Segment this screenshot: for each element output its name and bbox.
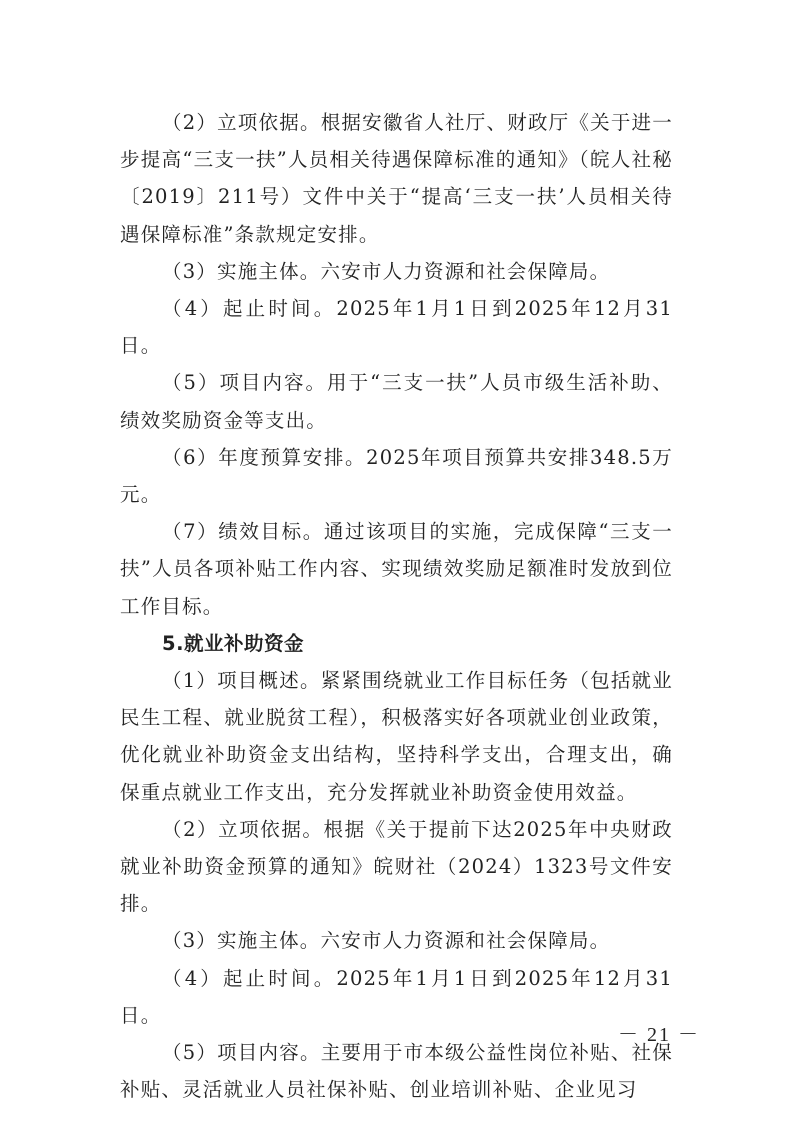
paragraph-content-2: （5）项目内容。主要用于市本级公益性岗位补贴、社保补贴、灵活就业人员社保补贴、创… [120, 1034, 673, 1108]
paragraph-budget: （6）年度预算安排。2025年项目预算共安排348.5万元。 [120, 439, 673, 513]
paragraph-period: （4）起止时间。2025年1月1日到2025年12月31日。 [120, 290, 673, 364]
paragraph-goals: （7）绩效目标。通过该项目的实施，完成保障“三支一扶”人员各项补贴工作内容、实现… [120, 513, 673, 625]
paragraph-basis-2: （2）立项依据。根据《关于提前下达2025年中央财政就业补助资金预算的通知》皖财… [120, 811, 673, 923]
paragraph-overview: （1）项目概述。紧紧围绕就业工作目标任务（包括就业民生工程、就业脱贫工程），积极… [120, 662, 673, 811]
paragraph-content: （5）项目内容。用于“三支一扶”人员市级生活补助、绩效奖励资金等支出。 [120, 364, 673, 438]
paragraph-period-2: （4）起止时间。2025年1月1日到2025年12月31日。 [120, 960, 673, 1034]
paragraph-implementer-2: （3）实施主体。六安市人力资源和社会保障局。 [120, 922, 673, 959]
paragraph-implementer: （3）实施主体。六安市人力资源和社会保障局。 [120, 253, 673, 290]
page-number: － 21 － [618, 1018, 700, 1047]
document-body: （2）立项依据。根据安徽省人社厅、财政厅《关于进一步提高“三支一扶”人员相关待遇… [120, 104, 673, 1108]
section-heading: 5.就业补助资金 [120, 625, 673, 662]
paragraph-basis: （2）立项依据。根据安徽省人社厅、财政厅《关于进一步提高“三支一扶”人员相关待遇… [120, 104, 673, 253]
